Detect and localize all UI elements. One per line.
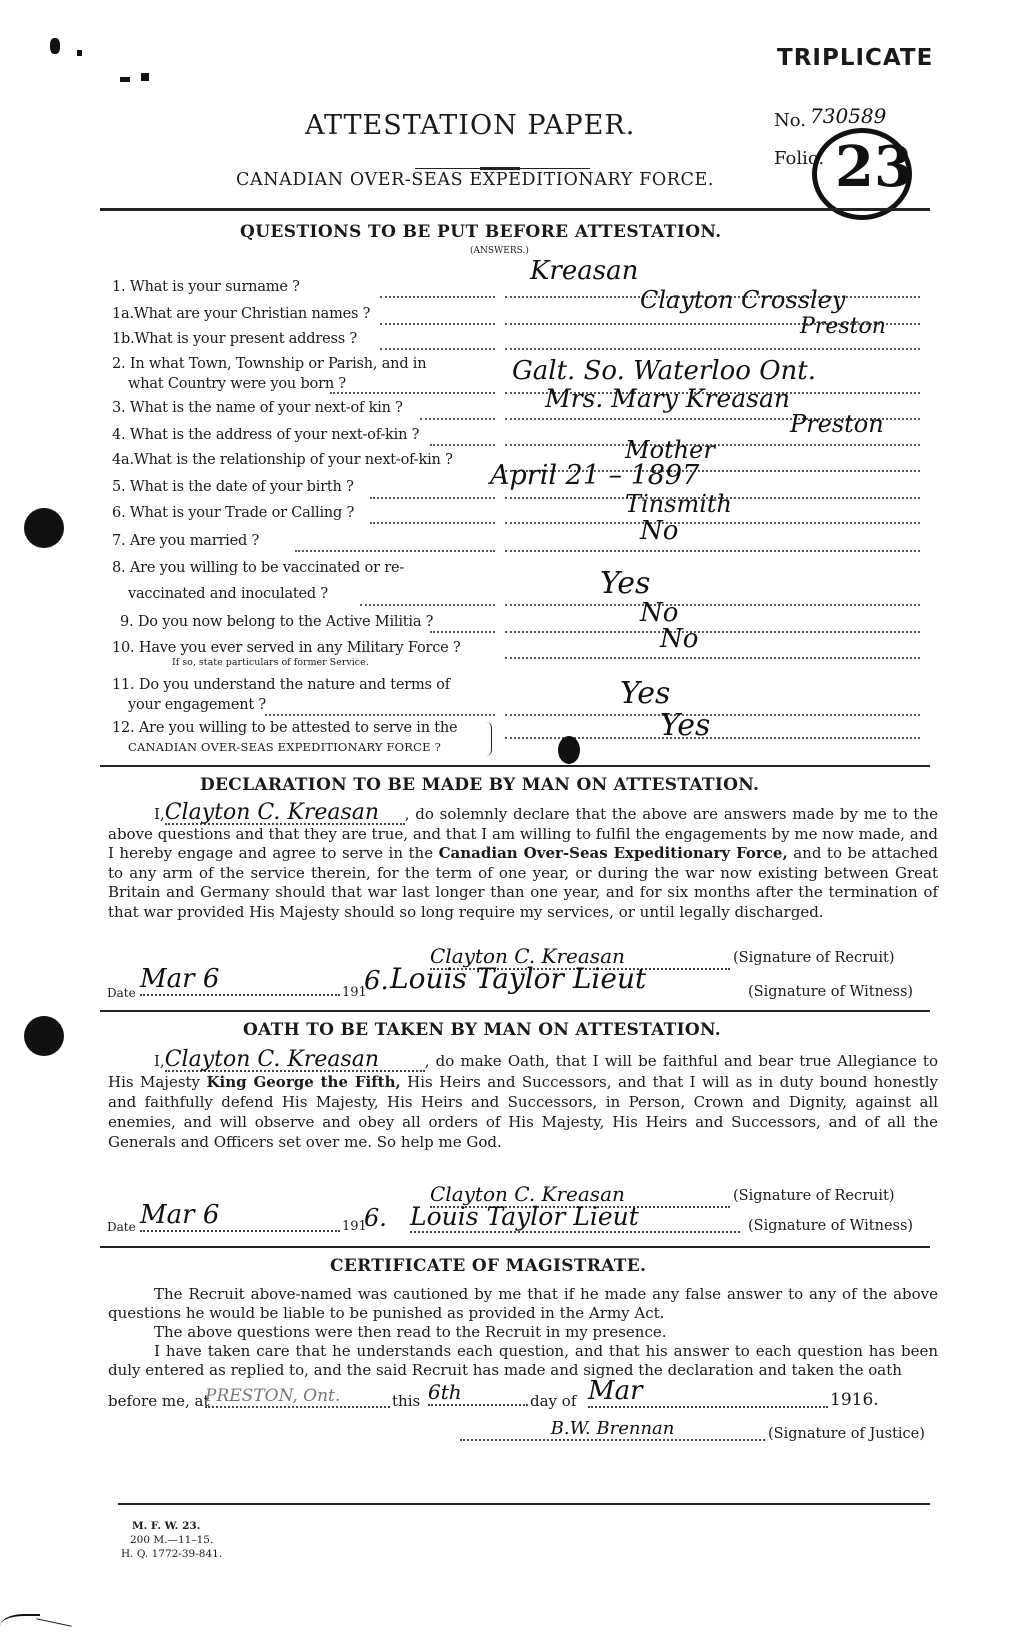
question-leader [360,604,495,606]
corner-mark [0,1614,40,1632]
place-stamp[interactable]: PRESTON, Ont. [205,1386,390,1408]
answer-married[interactable]: No [640,516,678,546]
question-5: 5. What is the date of your birth ? [112,479,354,495]
month-value[interactable]: Mar [588,1376,828,1408]
declaration-date[interactable]: Mar 6 [140,964,340,996]
answer-christian-names[interactable]: Clayton Crossley [640,286,845,314]
questions-heading: QUESTIONS TO BE PUT BEFORE ATTESTATION. [240,222,722,242]
answers-label: (ANSWERS.) [470,246,529,256]
answer-line [505,657,920,659]
page-subtitle: CANADIAN OVER-SEAS EXPEDITIONARY FORCE. [236,170,714,190]
this-label: this [392,1392,420,1410]
justice-signature-label: (Signature of Justice) [768,1426,925,1442]
section-divider [100,1010,930,1012]
question-leader [265,714,495,716]
page-title: ATTESTATION PAPER. [305,110,635,141]
year-suffix[interactable]: 6. [364,1204,387,1232]
answer-military-service[interactable]: No [660,624,698,654]
question-leader [430,631,495,633]
day-value[interactable]: 6th [428,1380,528,1406]
question-3: 3. What is the name of your next-of kin … [112,400,403,416]
question-leader [295,550,495,552]
question-10-note: If so, state particulars of former Servi… [172,657,369,668]
ink-speck [77,50,82,56]
hq-reference: H. Q. 1772-39-841. [121,1548,222,1560]
certificate-heading: CERTIFICATE OF MAGISTRATE. [330,1256,646,1276]
oath-name[interactable]: Clayton C. Kreasan [165,1050,425,1072]
witness-signature-label: (Signature of Witness) [748,1218,913,1234]
question-leader [420,418,495,420]
question-12: 12. Are you willing to be attested to se… [112,720,457,736]
question-8-line-2: vaccinated and inoculated ? [128,586,328,602]
answer-line [505,714,920,716]
punch-hole [24,1016,64,1056]
certificate-para-2: The above questions were then read to th… [108,1323,938,1342]
recruit-signature-label: (Signature of Recruit) [733,1188,895,1204]
question-8: 8. Are you willing to be vaccinated or r… [112,560,404,576]
witness-signature-declaration[interactable]: Louis Taylor Lieut [390,962,646,995]
question-leader [430,444,495,446]
year-suffix[interactable]: 6. [364,966,389,996]
answer-line [505,604,920,606]
question-11-line-2: your engagement ? [128,697,266,713]
answer-willing-attested[interactable]: Yes [660,708,710,743]
ink-speck [120,77,130,82]
before-me-label: before me, at [108,1392,209,1410]
section-divider [100,208,930,211]
ink-speck [141,73,149,81]
answer-line [505,550,920,552]
answer-birthplace[interactable]: Galt. So. Waterloo Ont. [512,356,816,386]
question-7: 7. Are you married ? [112,533,259,549]
section-divider [100,765,930,767]
oath-date[interactable]: Mar 6 [140,1200,340,1232]
question-1: 1. What is your surname ? [112,279,300,295]
corner-line [36,1618,71,1626]
question-leader [380,296,495,298]
question-11: 11. Do you understand the nature and ter… [112,677,450,693]
answer-line [505,631,920,633]
brace [485,722,492,756]
question-leader [370,497,495,499]
declaration-heading: DECLARATION TO BE MADE BY MAN ON ATTESTA… [200,775,759,795]
question-leader [380,323,495,325]
form-code: M. F. W. 23. [132,1520,200,1532]
question-4a: 4a.What is the relationship of your next… [112,452,453,468]
folio-value[interactable]: 23 [835,134,913,200]
question-leader [370,522,495,524]
oath-text: I,Clayton C. Kreasan, do make Oath, that… [108,1050,938,1152]
section-divider [100,1246,930,1248]
justice-signature[interactable]: B.W. Brennan [460,1418,765,1441]
question-2-line-2: what Country were you born ? [128,376,346,392]
question-12-line-2: CANADIAN OVER-SEAS EXPEDITIONARY FORCE ? [128,740,441,754]
question-1b: 1b.What is your present address ? [112,331,357,347]
answer-present-address[interactable]: Preston [800,314,886,339]
question-leader [330,392,495,394]
certificate-para-3: I have taken care that he understands ea… [108,1342,938,1380]
print-run: 200 M.—11–15. [130,1534,213,1546]
question-6: 6. What is your Trade or Calling ? [112,505,354,521]
oath-heading: OATH TO BE TAKEN BY MAN ON ATTESTATION. [243,1020,721,1040]
date-label: Date [107,986,136,1000]
question-2: 2. In what Town, Township or Parish, and… [112,356,426,372]
certificate-year[interactable]: 1916. [830,1390,879,1410]
answer-surname[interactable]: Kreasan [530,256,638,286]
answer-next-of-kin[interactable]: Mrs. Mary Kreasan [545,384,790,413]
date-label: Date [107,1220,136,1234]
answer-line [505,522,920,524]
declarant-name[interactable]: Clayton C. Kreasan [165,803,405,825]
section-divider [118,1503,930,1505]
recruit-signature-label: (Signature of Recruit) [733,950,895,966]
witness-signature-label: (Signature of Witness) [748,984,913,1000]
ink-speck [50,38,60,54]
question-1a: 1a.What are your Christian names ? [112,306,370,322]
answer-vaccinated[interactable]: Yes [600,566,650,601]
certificate-para-1: The Recruit above-named was cautioned by… [108,1285,938,1323]
punch-hole [24,508,64,548]
ink-blot [558,736,580,764]
copy-label: TRIPLICATE [777,45,933,71]
question-10: 10. Have you ever served in any Military… [112,640,461,656]
answer-next-of-kin-address[interactable]: Preston [790,410,884,438]
answer-line [505,348,920,350]
answer-trade[interactable]: Tinsmith [625,490,732,518]
answer-understand-engagement[interactable]: Yes [620,676,670,711]
number-value[interactable]: 730589 [810,104,886,128]
question-4: 4. What is the address of your next-of-k… [112,427,419,443]
number-label: No. [774,110,806,131]
question-9: 9. Do you now belong to the Active Milit… [120,614,433,630]
day-of-label: day of [530,1392,576,1410]
witness-signature-oath[interactable]: Louis Taylor Lieut [410,1202,740,1233]
question-leader [380,348,495,350]
answer-date-of-birth[interactable]: April 21 – 1897 [490,460,699,491]
declaration-text: I,Clayton C. Kreasan, do solemnly declar… [108,803,938,922]
